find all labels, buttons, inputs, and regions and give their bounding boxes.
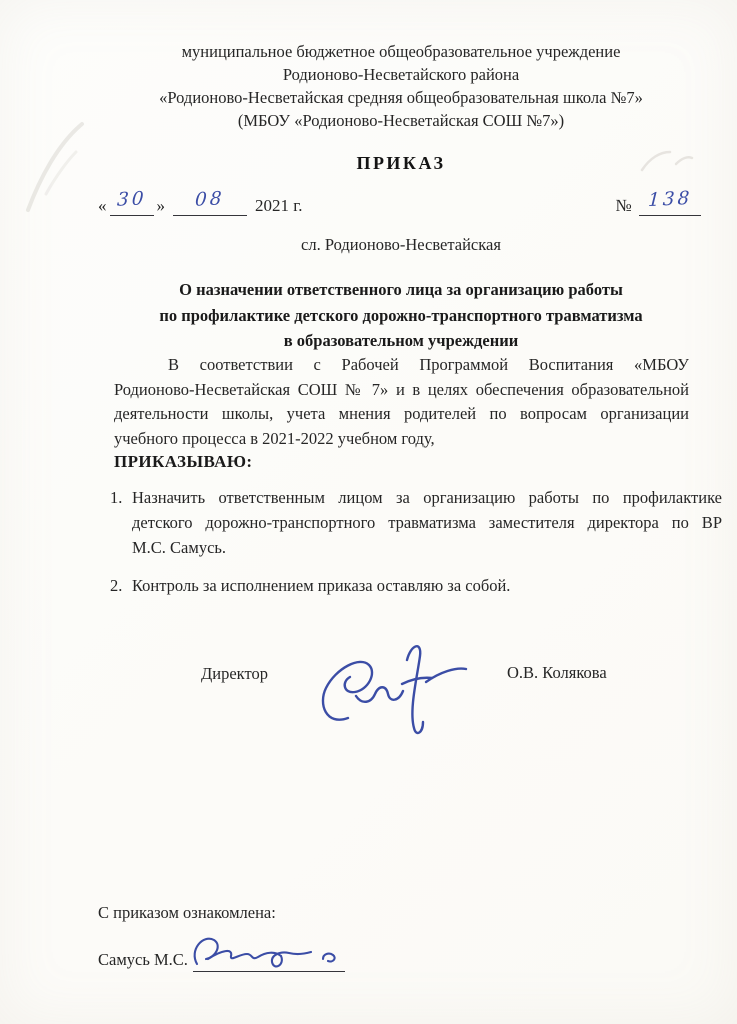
number-field: № 138: [616, 190, 701, 216]
order-items: 1. Назначить ответственным лицом за орга…: [110, 485, 722, 611]
acknowledgement-signature-blank: [193, 943, 345, 972]
pencil-smudge-left-margin: [16, 98, 96, 228]
item-number: 1.: [110, 485, 132, 560]
handwritten-month: 08: [195, 188, 226, 211]
acknowledgement-signature-row: Самусь М.С.: [98, 943, 345, 972]
signer-name: О.В. Колякова: [507, 663, 607, 683]
handwritten-day: 30: [116, 188, 147, 211]
institution-header-line: муниципальное бюджетное общеобразователь…: [95, 40, 707, 63]
number-blank: 138: [639, 190, 701, 216]
month-blank: 08: [173, 190, 247, 216]
order-item-1: 1. Назначить ответственным лицом за орга…: [110, 485, 722, 560]
signature-row: Директор О.В. Колякова: [0, 630, 737, 740]
director-signature-ink: [312, 634, 472, 744]
intro-line: деятельности школы, учета мнения родител…: [114, 402, 689, 427]
subject-line: по профилактике детского дорожно-транспо…: [95, 303, 707, 329]
item-line: М.С. Самусь.: [132, 535, 722, 560]
place-line: сл. Родионово-Несветайская: [95, 235, 707, 255]
subject-line: О назначении ответственного лица за орга…: [95, 277, 707, 303]
subject-line: в образовательном учреждении: [95, 328, 707, 354]
item-line: Назначить ответственным лицом за организ…: [132, 485, 722, 510]
item-text: Назначить ответственным лицом за организ…: [132, 485, 722, 560]
item-line: детского дорожно-транспортного травматиз…: [132, 510, 722, 535]
intro-paragraph: В соответствии с Рабочей Программой Восп…: [114, 353, 689, 451]
date-field: « 30 » 08 2021 г.: [98, 190, 303, 216]
item-line: Контроль за исполнением приказа оставляю…: [132, 573, 722, 598]
intro-line: Родионово-Несветайская СОШ № 7» и в целя…: [114, 378, 689, 403]
handwritten-number: 138: [647, 188, 692, 211]
acknowledger-signature-ink: [187, 928, 351, 980]
institution-header: муниципальное бюджетное общеобразователь…: [95, 40, 707, 132]
open-quote: «: [98, 196, 107, 216]
subject-heading: О назначении ответственного лица за орга…: [95, 277, 707, 354]
day-blank: 30: [110, 190, 154, 216]
institution-header-line: «Родионово-Несветайская средняя общеобра…: [95, 86, 707, 109]
acknowledgement-label: С приказом ознакомлена:: [98, 903, 276, 923]
order-item-2: 2. Контроль за исполнением приказа остав…: [110, 573, 722, 598]
date-and-number-line: « 30 » 08 2021 г. № 138: [98, 189, 701, 216]
institution-header-line: Родионово-Несветайского района: [95, 63, 707, 86]
close-quote: »: [157, 196, 166, 216]
document-title: ПРИКАЗ: [95, 153, 707, 174]
signer-role: Директор: [201, 664, 268, 684]
institution-header-line: (МБОУ «Родионово-Несветайская СОШ №7»): [95, 109, 707, 132]
order-word: ПРИКАЗЫВАЮ:: [114, 452, 252, 472]
intro-line: учебного процесса в 2021-2022 учебном го…: [114, 427, 689, 452]
intro-line: В соответствии с Рабочей Программой Восп…: [114, 353, 689, 378]
year-label: 2021 г.: [255, 196, 303, 216]
scanned-order-document: муниципальное бюджетное общеобразователь…: [0, 0, 737, 1024]
acknowledger-name: Самусь М.С.: [98, 947, 188, 972]
number-sign: №: [616, 196, 632, 215]
item-text: Контроль за исполнением приказа оставляю…: [132, 573, 722, 598]
item-number: 2.: [110, 573, 132, 598]
